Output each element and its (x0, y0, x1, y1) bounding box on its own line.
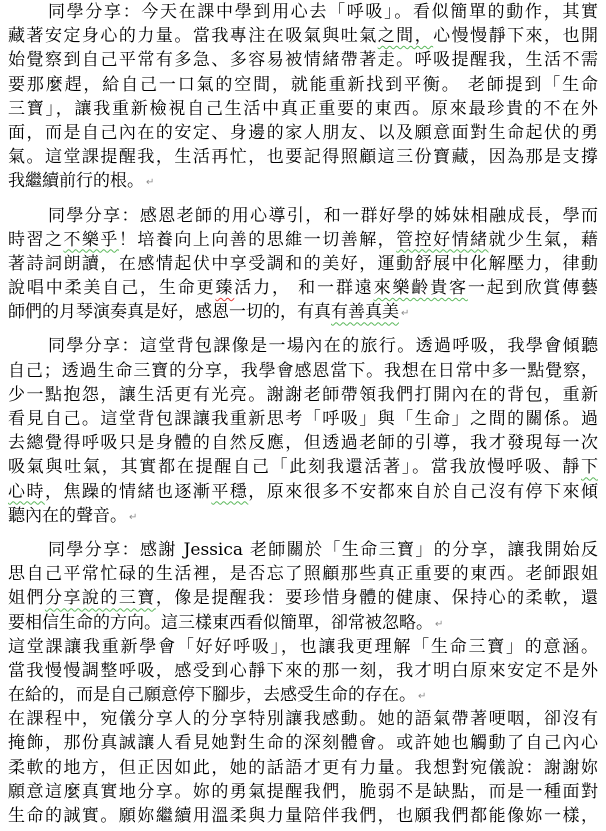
text-line: 看見自己。這堂背包課讓我重新思考「呼吸」與「生命」之間的關係。過 (8, 407, 598, 431)
text-segment: ，原來很多不安都來自於自己沒有停下來傾 (248, 482, 598, 502)
text-line: 自己；透過生命三寶的分享，我學會感恩當下。我想在日常中多一點覺察， (8, 359, 598, 383)
text-line: 這堂課讓我重新學會「好好呼吸」，也讓我更理解「生命三寶」的意涵。 (8, 635, 598, 659)
paragraph-mark-icon: ↵ (129, 512, 137, 523)
paragraph: 同學分享：今天在課中學到用心去「呼吸」。看似簡單的動作，其實藏著安定身心的力量。… (8, 0, 598, 194)
paragraph-mark-icon: ↵ (435, 619, 443, 630)
text-segment: 同學分享：感恩老師的用心導引，和一群好學的姊妹相融成長，學而 (48, 206, 598, 226)
text-line: 思自己平常忙碌的生活裡，是否忘了照顧那些真正重要的東西。老師跟姐 (8, 562, 598, 586)
grammar-squiggle-text[interactable]: 有善真美 (331, 302, 399, 322)
paragraph: 在課程中，宛儀分享人的分享特別讓我感動。她的語氣帶著哽咽，卻沒有掩飾，那份真誠讓… (8, 707, 598, 828)
text-line: 少一點抱怨，讓生活更有光亮。謝謝老師帶領我們打開內在的背包，重新 (8, 383, 598, 407)
grammar-squiggle-text[interactable]: 平穩 (211, 482, 248, 502)
text-segment: 三寶」，讓我重新檢視自己生活中真正重要的東西。原來最珍貴的不在外 (8, 99, 598, 119)
text-segment: 當我慢慢調整呼吸，感受到心靜下來的那一刻，我才明白原來安定不是外 (8, 661, 598, 681)
text-segment: 時習之 (8, 230, 63, 250)
document-body[interactable]: 同學分享：今天在課中學到用心去「呼吸」。看似簡單的動作，其實藏著安定身心的力量。… (8, 0, 598, 828)
text-line: 柔軟的地方，但正因如此，她的話語才更有力量。我想對宛儀說：謝謝妳 (8, 756, 598, 780)
text-line: 掩飾，那份真誠讓人看見她對生命的深刻體會。或許她也觸動了自己內心 (8, 731, 598, 755)
text-line: 吸氣與吐氣，其實都在提醒自己「此刻我還活著」。當我放慢呼吸、靜下 (8, 455, 598, 479)
grammar-squiggle-text[interactable]: 不樂乎 (63, 230, 118, 250)
text-segment: ！培養向上向善的思維一切善解， (119, 230, 396, 250)
text-segment: 面，而是自己內在的安定、身邊的家人朋友、以及願意面對生命起伏的勇 (8, 123, 598, 143)
text-segment: 掩飾，那份真誠讓人看見她對生命的深刻體會。或許她也觸動了自己內心 (8, 733, 598, 753)
text-line: 同學分享：感恩老師的用心導引，和一群好學的姊妹相融成長，學而 (8, 204, 598, 228)
text-segment: 師們的月琴演奏真是好，感恩一切的，有真 (8, 302, 331, 322)
text-line: 氣。這堂課提醒我，生活再忙，也要記得照顧這三份寶藏，因為那是支撐 (8, 145, 598, 169)
text-line: 去總覺得呼吸只是身體的自然反應，但透過老師的引導，我才發現每一次 (8, 431, 598, 455)
text-line: 願意這麼真實地分享。妳的勇氣提醒我們，脆弱不是缺點，而是一種面對 (8, 780, 598, 804)
text-segment: 在課程中，宛儀分享人的分享特別讓我感動。她的語氣帶著哽咽，卻沒有 (8, 709, 598, 729)
text-line: 同學分享：這堂背包課像是一場內在的旅行。透過呼吸，我學會傾聽 (8, 334, 598, 358)
text-segment: 要那麼趕，給自己一口氣的空間，就能重新找到平衡。 老師提到「生命 (8, 75, 598, 95)
text-segment: 吸氣與吐氣，其實都在提醒自己「此刻我還活著」。當我放慢呼吸、靜 (8, 457, 581, 477)
paragraph: 同學分享：這堂背包課像是一場內在的旅行。透過呼吸，我學會傾聽自己；透過生命三寶的… (8, 334, 598, 528)
grammar-squiggle-text[interactable]: 下 (581, 457, 598, 477)
text-segment: 看見自己。這堂背包課讓我重新思考「呼吸」與「生命」之間的關係。過 (8, 409, 598, 429)
paragraph-mark-icon: ↵ (401, 308, 409, 319)
grammar-squiggle-text[interactable]: 管控好情緒 (396, 230, 488, 250)
text-line: 時習之不樂乎！培養向上向善的思維一切善解，管控好情緒就少生氣，藉 (8, 228, 598, 252)
text-line: 在給的，而是自己願意停下腳步，去感受生命的存在。↵ (8, 683, 598, 707)
grammar-squiggle-text[interactable]: 來樂齡貴客 (374, 278, 468, 298)
text-line: 同學分享：今天在課中學到用心去「呼吸」。看似簡單的動作，其實 (8, 0, 598, 24)
text-segment: ，焦躁的情緒也逐漸 (45, 482, 211, 502)
text-line: 要相信生命的方向。這三樣東西看似簡單，卻常被忽略。↵ (8, 611, 598, 635)
text-segment: 姐們 (8, 588, 45, 608)
text-segment: 聽內在的聲音。 (8, 506, 127, 526)
text-segment: 思自己平常忙碌的生活裡，是否忘了照顧那些真正重要的東西。老師跟姐 (8, 564, 598, 584)
text-line: 始覺察到自己平常有多急、多容易被情緒帶著走。呼吸提醒我，生活不需 (8, 48, 598, 72)
text-segment: 一起到欣賞傳藝 (468, 278, 598, 298)
text-line: 要那麼趕，給自己一口氣的空間，就能重新找到平衡。 老師提到「生命 (8, 73, 598, 97)
text-segment: 要相信生命的方向。這三樣東西看似簡單，卻常被忽略。 (8, 613, 433, 633)
text-line: 姐們分享說的三寶，像是提醒我：要珍惜身體的健康、保持心的柔軟，還 (8, 586, 598, 610)
text-segment: 就少生氣，藉 (489, 230, 598, 250)
text-line: 當我慢慢調整呼吸，感受到心靜下來的那一刻，我才明白原來安定不是外 (8, 659, 598, 683)
text-segment: 去總覺得呼吸只是身體的自然反應，但透過老師的引導，我才發現每一次 (8, 433, 598, 453)
text-segment: 同學分享：感謝 Jessica 老師關於「生命三寶」的分享，讓我開始反 (48, 540, 598, 560)
text-segment: 同學分享：今天在課中學到用心去「呼吸」。看似簡單的動作，其實 (48, 2, 598, 22)
text-segment: 著詩詞朗讀，在感情起伏中享受調和的美好，運動舒展中化解壓力，律動 (8, 254, 598, 274)
paragraph-mark-icon: ↵ (418, 691, 426, 702)
text-segment: ，像是提醒我：要珍惜身體的健康、保持心的柔軟，還 (156, 588, 598, 608)
text-segment: 藏著安定身心的力量。當我專注在吸氣與吐氣 (8, 26, 378, 46)
text-line: 同學分享：感謝 Jessica 老師關於「生命三寶」的分享，讓我開始反 (8, 538, 598, 562)
text-segment: 活力， 和一群遠 (234, 278, 373, 298)
grammar-squiggle-text[interactable]: 之間， (378, 26, 433, 46)
paragraph: 同學分享：感恩老師的用心導引，和一群好學的姊妹相融成長，學而時習之不樂乎！培養向… (8, 204, 598, 325)
paragraph: 這堂課讓我重新學會「好好呼吸」，也讓我更理解「生命三寶」的意涵。當我慢慢調整呼吸… (8, 635, 598, 708)
text-segment: 這堂課讓我重新學會「好好呼吸」，也讓我更理解「生命三寶」的意涵。 (8, 637, 598, 657)
text-line: 著詩詞朗讀，在感情起伏中享受調和的美好，運動舒展中化解壓力，律動 (8, 252, 598, 276)
text-segment: 心慢慢靜下來，也開 (433, 26, 598, 46)
text-line: 師們的月琴演奏真是好，感恩一切的，有真有善真美↵ (8, 300, 598, 324)
text-line: 三寶」，讓我重新檢視自己生活中真正重要的東西。原來最珍貴的不在外 (8, 97, 598, 121)
paragraph: 同學分享：感謝 Jessica 老師關於「生命三寶」的分享，讓我開始反思自己平常… (8, 538, 598, 635)
text-segment: 少一點抱怨，讓生活更有光亮。謝謝老師帶領我們打開內在的背包，重新 (8, 385, 598, 405)
text-segment: 柔軟的地方，但正因如此，她的話語才更有力量。我想對宛儀說：謝謝妳 (8, 758, 598, 778)
text-segment: 生命的誠實。願妳繼續用溫柔與力量陪伴我們，也願我們都能像妳一樣， (8, 806, 598, 826)
text-segment: 願意這麼真實地分享。妳的勇氣提醒我們，脆弱不是缺點，而是一種面對 (8, 782, 598, 802)
paragraph-mark-icon: ↵ (146, 177, 154, 188)
text-segment: 我繼續前行的根。 (8, 171, 144, 191)
text-line: 我繼續前行的根。↵ (8, 169, 598, 193)
text-line: 面，而是自己內在的安定、身邊的家人朋友、以及願意面對生命起伏的勇 (8, 121, 598, 145)
text-line: 生命的誠實。願妳繼續用溫柔與力量陪伴我們，也願我們都能像妳一樣， (8, 804, 598, 828)
text-line: 在課程中，宛儀分享人的分享特別讓我感動。她的語氣帶著哽咽，卻沒有 (8, 707, 598, 731)
text-segment: 同學分享：這堂背包課像是一場內在的旅行。透過呼吸，我學會傾聽 (48, 336, 598, 356)
spelling-squiggle-text[interactable]: 臻 (215, 278, 234, 298)
grammar-squiggle-text[interactable]: 分享說的三寶 (45, 588, 156, 608)
text-segment: 自己；透過生命三寶的分享，我學會感恩當下。我想在日常中多一點覺察， (8, 361, 598, 381)
text-line: 說唱中柔美自己，生命更臻活力， 和一群遠來樂齡貴客一起到欣賞傳藝 (8, 276, 598, 300)
text-segment: 在給的，而是自己願意停下腳步，去感受生命的存在。 (8, 685, 416, 705)
text-line: 藏著安定身心的力量。當我專注在吸氣與吐氣之間，心慢慢靜下來，也開 (8, 24, 598, 48)
text-segment: 說唱中柔美自己，生命更 (8, 278, 215, 298)
text-line: 心時，焦躁的情緒也逐漸平穩，原來很多不安都來自於自己沒有停下來傾 (8, 480, 598, 504)
text-line: 聽內在的聲音。↵ (8, 504, 598, 528)
text-segment: 氣。這堂課提醒我，生活再忙，也要記得照顧這三份寶藏，因為那是支撐 (8, 147, 598, 167)
text-segment: 始覺察到自己平常有多急、多容易被情緒帶著走。呼吸提醒我，生活不需 (8, 50, 598, 70)
grammar-squiggle-text[interactable]: 心時 (8, 482, 45, 502)
